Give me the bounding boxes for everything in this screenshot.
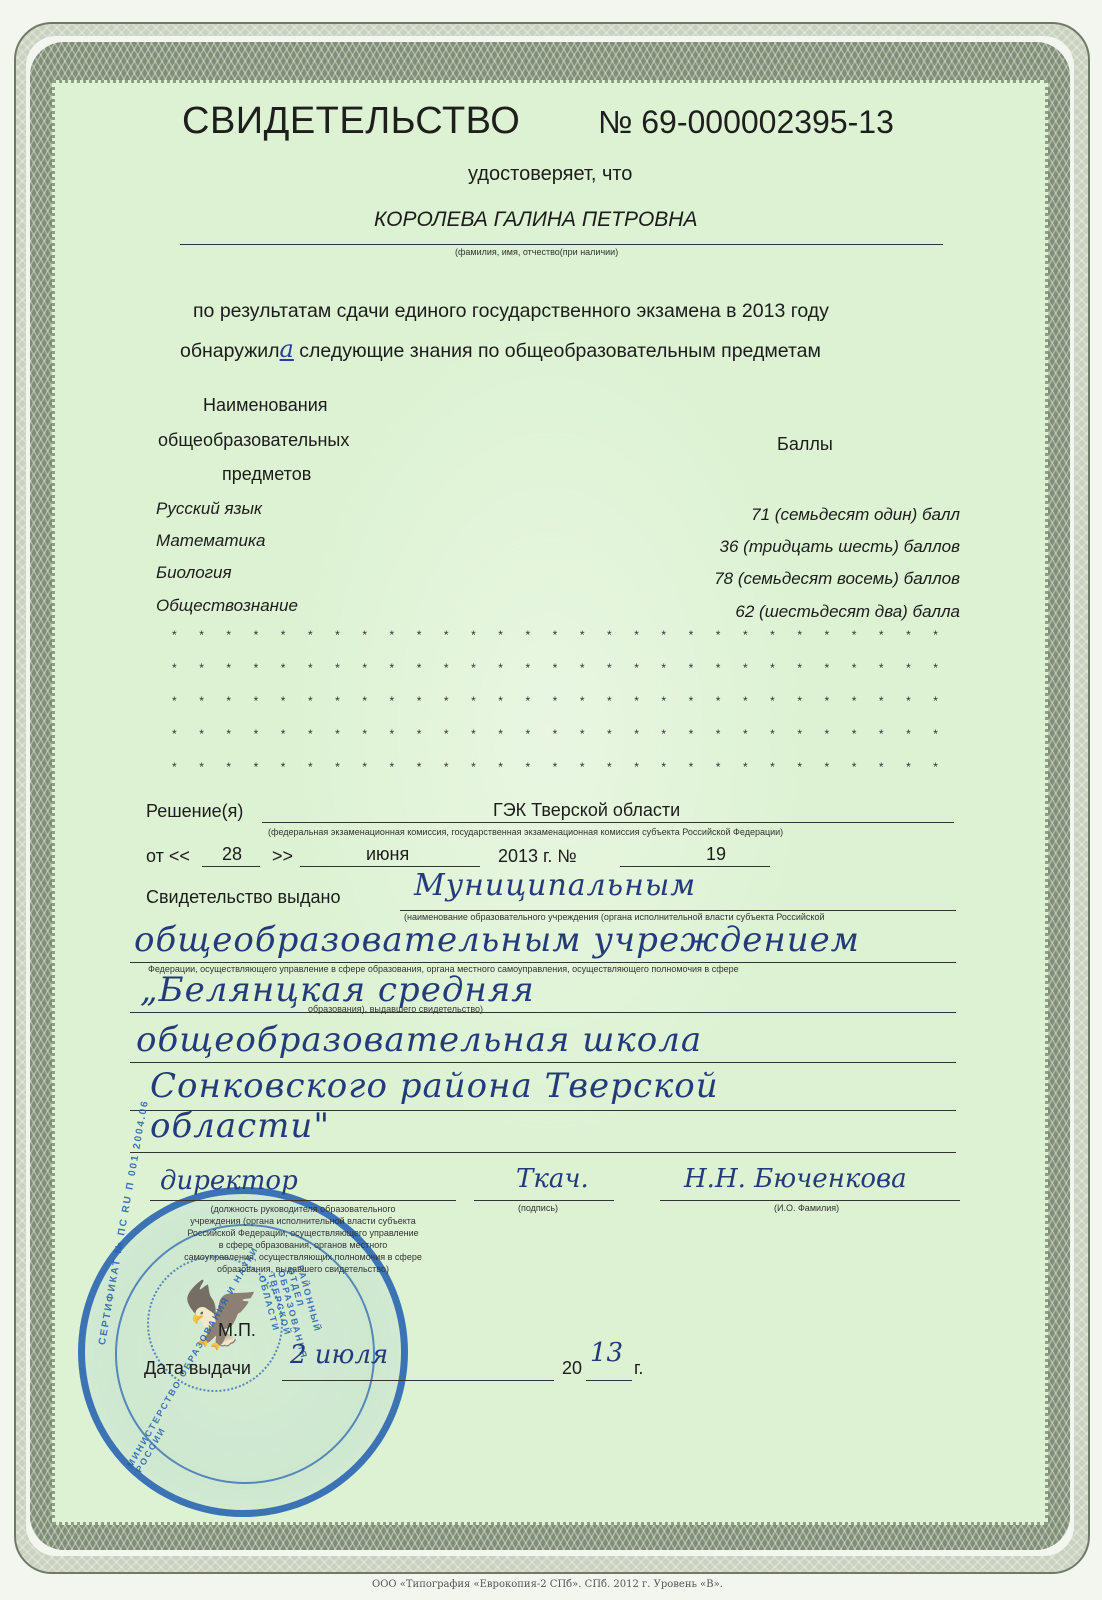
intro-line-2: обнаружила следующие знания по общеобраз… <box>180 335 821 363</box>
decision-number: 19 <box>706 844 726 865</box>
position-underline <box>150 1200 456 1201</box>
intro-prefix: обнаружил <box>180 340 280 362</box>
decision-underline <box>262 822 954 823</box>
position-caption-line: самоуправления, осуществляющих полномочи… <box>150 1251 456 1263</box>
subject-score: 62 (шестьдесят два) балла <box>540 602 960 622</box>
printer-imprint: ООО «Типография «Еврокопия-2 СПб». СПб. … <box>372 1579 723 1590</box>
issued-caption-3: образования), выдавшего свидетельство) <box>308 1004 483 1014</box>
issue-date-underline <box>282 1380 554 1381</box>
issued-by-line-1: Муниципальным <box>414 868 696 903</box>
issue-year-unit: г. <box>634 1358 643 1379</box>
position-caption-line: образования, выдавшего свидетельство) <box>150 1263 456 1275</box>
position-caption-line: Российской Федерации, осуществляющего уп… <box>150 1227 456 1239</box>
certifies-text: удостоверяет, что <box>468 163 632 186</box>
subject-name: Биология <box>156 563 232 583</box>
issue-day-month: 2 июля <box>290 1340 388 1370</box>
issue-year-suffix: 13 <box>590 1338 623 1368</box>
name-sign-caption: (И.О. Фамилия) <box>774 1203 839 1213</box>
filler-row: ***************************** <box>172 694 938 727</box>
issued-underline-3 <box>130 1012 956 1013</box>
issue-year-prefix: 20 <box>562 1358 582 1379</box>
intro-line-1: по результатам сдачи единого государстве… <box>193 300 829 323</box>
subject-name: Математика <box>156 531 265 551</box>
filler-row: ***************************** <box>172 727 938 760</box>
certificate-number: № 69-000002395-13 <box>598 104 894 141</box>
name-caption: (фамилия, имя, отчество(при наличии) <box>455 247 618 257</box>
subject-header-3: предметов <box>222 464 311 485</box>
issued-by-line-2: общеобразовательным учреждением <box>134 920 860 960</box>
subject-name: Обществознание <box>156 596 298 616</box>
issued-by-line-6: области" <box>150 1106 330 1146</box>
issued-underline-6 <box>130 1152 956 1153</box>
subject-score: 71 (семьдесят один) балл <box>540 505 960 525</box>
issue-year-underline <box>586 1380 632 1381</box>
score-header: Баллы <box>777 434 833 455</box>
name-sign-underline <box>660 1200 960 1201</box>
certificate-title: СВИДЕТЕЛЬСТВО <box>182 100 520 143</box>
day-underline <box>202 866 260 867</box>
position-caption-line: (должность руководителя образовательного <box>150 1203 456 1215</box>
decision-label: Решение(я) <box>146 801 243 822</box>
issued-underline-2 <box>130 962 956 963</box>
decision-month: июня <box>366 844 409 865</box>
decision-day: 28 <box>222 844 242 865</box>
position-handwritten: директор <box>160 1166 298 1196</box>
subject-name: Русский язык <box>156 499 262 519</box>
filler-row: ***************************** <box>172 760 938 793</box>
filler-row: ***************************** <box>172 628 938 661</box>
number-underline <box>620 866 770 867</box>
issued-underline-4 <box>130 1062 956 1063</box>
signature-underline <box>474 1200 614 1201</box>
position-caption-line: в сфере образования, органов местного <box>150 1239 456 1251</box>
position-caption-line: учреждения (органа исполнительной власти… <box>150 1215 456 1227</box>
position-caption: (должность руководителя образовательного… <box>150 1203 456 1275</box>
filler-asterisks: ****************************************… <box>172 628 952 793</box>
signatory-name: Н.Н. Бюченкова <box>684 1164 907 1194</box>
decision-caption: (федеральная экзаменационная комиссия, г… <box>268 827 783 837</box>
signature-mark: Ткач. <box>516 1164 589 1194</box>
subject-header-2: общеобразовательных <box>158 430 349 451</box>
decision-year: 2013 г. № <box>498 846 577 867</box>
issued-by-line-5: Сонковского района Тверской <box>150 1066 719 1106</box>
holder-full-name: КОРОЛЕВА ГАЛИНА ПЕТРОВНА <box>374 208 697 232</box>
subject-header-1: Наименования <box>203 395 328 416</box>
issued-by-line-4: общеобразовательная школа <box>136 1020 702 1060</box>
issued-by-label: Свидетельство выдано <box>146 887 340 908</box>
filler-row: ***************************** <box>172 661 938 694</box>
decision-value: ГЭК Тверской области <box>493 800 680 821</box>
date-mid: >> <box>272 846 293 867</box>
handwritten-gender-ending: а <box>280 335 294 363</box>
date-prefix: от << <box>146 846 190 867</box>
issue-date-label: Дата выдачи <box>144 1358 251 1379</box>
seal-placeholder-label: М.П. <box>218 1320 256 1341</box>
month-underline <box>300 866 480 867</box>
name-underline <box>180 244 943 245</box>
subject-score: 36 (тридцать шесть) баллов <box>540 537 960 557</box>
subject-score: 78 (семьдесят восемь) баллов <box>540 569 960 589</box>
intro-suffix: следующие знания по общеобразовательным … <box>299 340 821 362</box>
signature-caption: (подпись) <box>518 1203 558 1213</box>
issued-underline-1 <box>400 910 956 911</box>
